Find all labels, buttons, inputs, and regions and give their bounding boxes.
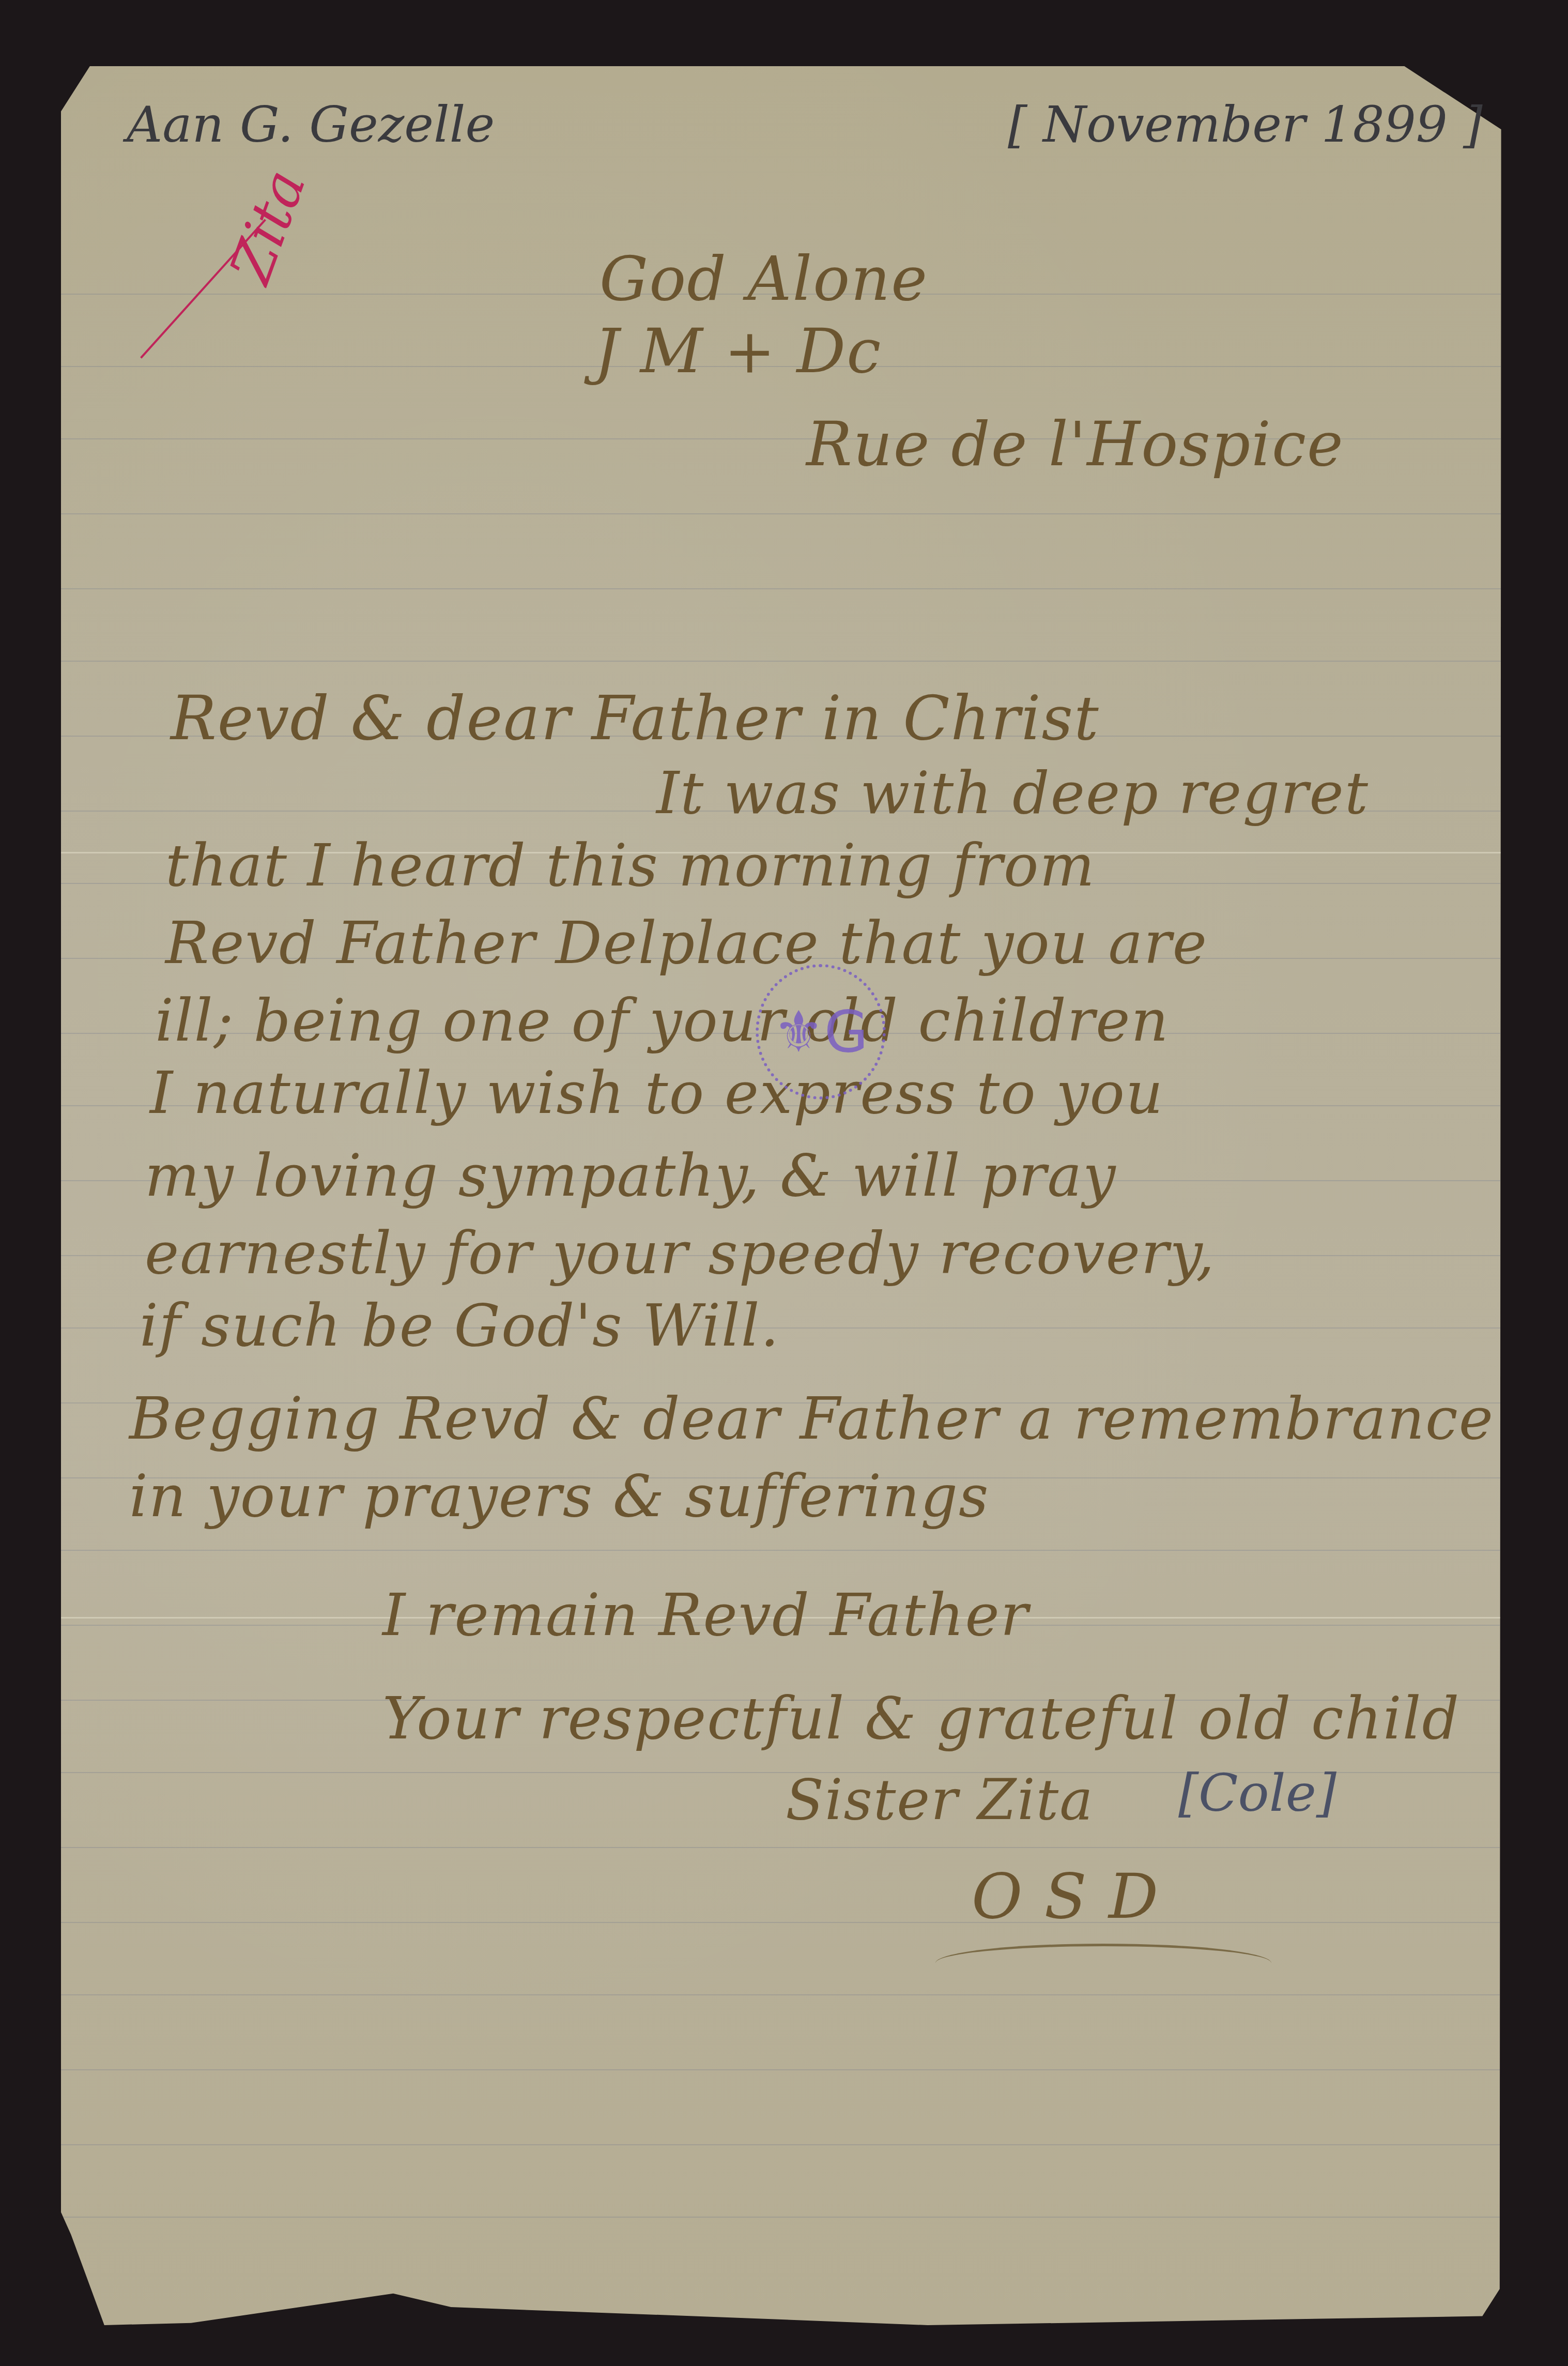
fleur-de-lis-icon: ⚜G [773, 999, 868, 1065]
ruled-line [61, 1847, 1505, 1848]
ruled-line [61, 1994, 1505, 1995]
ruled-line [61, 2069, 1505, 2070]
body-line: It was with deep regret [656, 760, 1369, 827]
ruled-line [61, 588, 1505, 589]
ruled-line [61, 1550, 1505, 1551]
heading-address: Rue de l'Hospice [806, 408, 1344, 480]
ruled-line [61, 1922, 1505, 1923]
addressee-annotation: Aan G. Gezelle [127, 96, 495, 154]
ruled-line [61, 2217, 1505, 2218]
body-line: Revd Father Delplace that you are [165, 910, 1208, 977]
ruled-line [61, 513, 1505, 514]
valediction-line: Your respectful & grateful old child [382, 1685, 1460, 1752]
ruled-line [61, 2144, 1505, 2145]
body-line: my loving sympathy, & will pray [145, 1142, 1117, 1210]
body-line: I naturally wish to express to you [150, 1060, 1164, 1127]
heading-monogram: J M + Dc [594, 315, 882, 387]
body-line: that I heard this morning from [165, 832, 1096, 899]
date-annotation: [ November 1899 ] [1008, 96, 1483, 154]
closing-line: Begging Revd & dear Father a remembrance [129, 1385, 1494, 1453]
signature-name: Sister Zita [786, 1768, 1094, 1833]
signature-order: O S D [972, 1861, 1159, 1933]
signature-flourish [935, 1944, 1271, 1982]
salutation: Revd & dear Father in Christ [171, 682, 1100, 754]
archive-stamp: ⚜G [756, 964, 886, 1100]
ruled-line [61, 661, 1505, 662]
body-line: earnestly for your speedy recovery, [145, 1220, 1216, 1287]
closing-line: in your prayers & sufferings [129, 1463, 989, 1530]
body-line: if such be God's Will. [140, 1292, 780, 1360]
valediction-line: I remain Revd Father [382, 1582, 1029, 1649]
body-line: ill; being one of your old children [155, 987, 1170, 1055]
heading-god-alone: God Alone [599, 243, 928, 314]
signature-bracket-note: [Cole] [1178, 1763, 1336, 1823]
